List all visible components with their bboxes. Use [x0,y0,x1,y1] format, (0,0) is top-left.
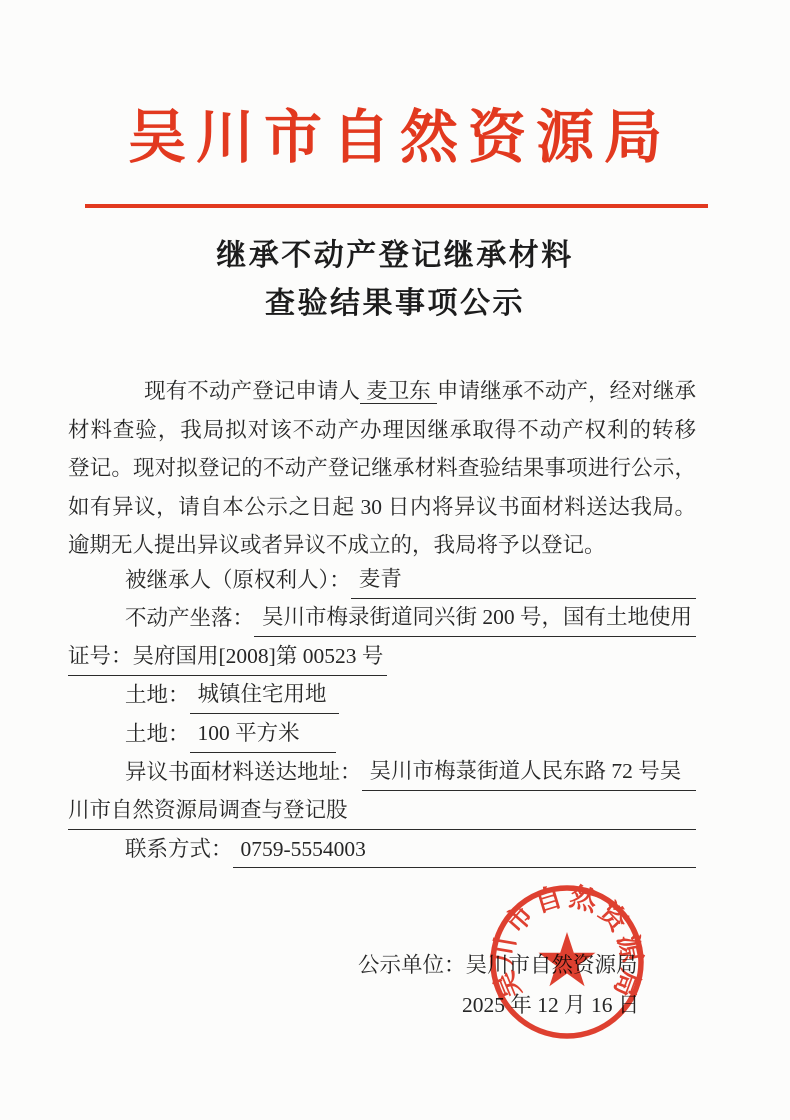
publisher-name: 吴川市自然资源局 [466,953,638,977]
document-title-line-2: 查验结果事项公示 [0,280,790,328]
field-row-location-continued: 证号：吴府国用[2008]第 00523 号 [68,641,696,680]
field-row-land-use: 土地： 城镇住宅用地 [68,680,696,719]
paragraph-line-2: 材料查验，我局拟对该不动产办理因继承取得不动产权利的转移 [68,411,696,450]
field-label-land-use: 土地： [125,678,190,718]
applicant-name-underlined: 麦卫东 [360,379,437,404]
agency-masthead: 吴川市自然资源局 [0,96,790,180]
field-value-heir: 麦青 [351,562,406,599]
masthead-divider-rule [85,204,708,208]
publisher-label: 公示单位： [358,953,466,977]
field-value-land-use: 城镇住宅用地 [190,677,339,714]
field-label-contact: 联系方式： [125,832,233,872]
paragraph-line-3: 登记。现对拟登记的不动产登记继承材料查验结果事项进行公示， [68,449,696,488]
field-label-land-area: 土地： [125,717,190,757]
document-title: 继承不动产登记继承材料 查验结果事项公示 [0,232,790,328]
field-value-objection-address-line-2: 川市自然资源局调查与登记股 [68,793,352,830]
paragraph-line-1: 现有不动产登记申请人麦卫东申请继承不动产，经对继承 [68,372,696,411]
notice-paragraph: 现有不动产登记申请人麦卫东申请继承不动产，经对继承 材料查验，我局拟对该不动产办… [68,372,696,565]
field-value-land-area: 100 平方米 [190,716,336,753]
field-label-objection-address: 异议书面材料送达地址： [125,755,362,795]
underline-fill [352,829,696,830]
publish-date: 2025 年 12 月 16 日 [462,990,639,1020]
field-value-location-line-1: 吴川市梅录街道同兴街 200 号，国有土地使用 [254,600,696,637]
field-label-location: 不动产坐落： [125,601,254,641]
field-row-contact: 联系方式： 0759-5554003 [68,834,696,873]
underline-fill [370,867,696,868]
publisher-line: 公示单位：吴川市自然资源局 [358,950,638,980]
underline-fill [406,598,696,599]
paragraph-line-5: 逾期无人提出异议或者异议不成立的，我局将予以登记。 [68,526,696,565]
scanned-notice-page: 吴川市自然资源局 继承不动产登记继承材料 查验结果事项公示 现有不动产登记申请人… [0,0,790,1120]
field-value-location-line-2: 证号：吴府国用[2008]第 00523 号 [68,639,387,676]
field-row-location: 不动产坐落： 吴川市梅录街道同兴街 200 号，国有土地使用 [68,603,696,642]
paragraph-line-1-pre: 现有不动产登记申请人 [144,379,360,403]
field-row-objection-address-continued: 川市自然资源局调查与登记股 [68,795,696,834]
field-value-objection-address-line-1: 吴川市梅菉街道人民东路 72 号吴 [362,754,686,791]
paragraph-line-4: 如有异议，请自本公示之日起 30 日内将异议书面材料送达我局。 [68,488,696,527]
paragraph-line-1-post: 申请继承不动产，经对继承 [437,379,696,403]
underline-fill [685,790,696,791]
seal-arc-text: 吴川市自然资源局 [487,881,647,1003]
field-list: 被继承人（原权利人）： 麦青 不动产坐落： 吴川市梅录街道同兴街 200 号，国… [68,564,696,872]
field-row-land-area: 土地： 100 平方米 [68,718,696,757]
field-row-objection-address: 异议书面材料送达地址： 吴川市梅菉街道人民东路 72 号吴 [68,757,696,796]
field-label-heir: 被继承人（原权利人）： [125,563,351,603]
document-title-line-1: 继承不动产登记继承材料 [0,232,790,280]
field-row-heir: 被继承人（原权利人）： 麦青 [68,564,696,603]
field-value-contact: 0759-5554003 [233,837,370,868]
